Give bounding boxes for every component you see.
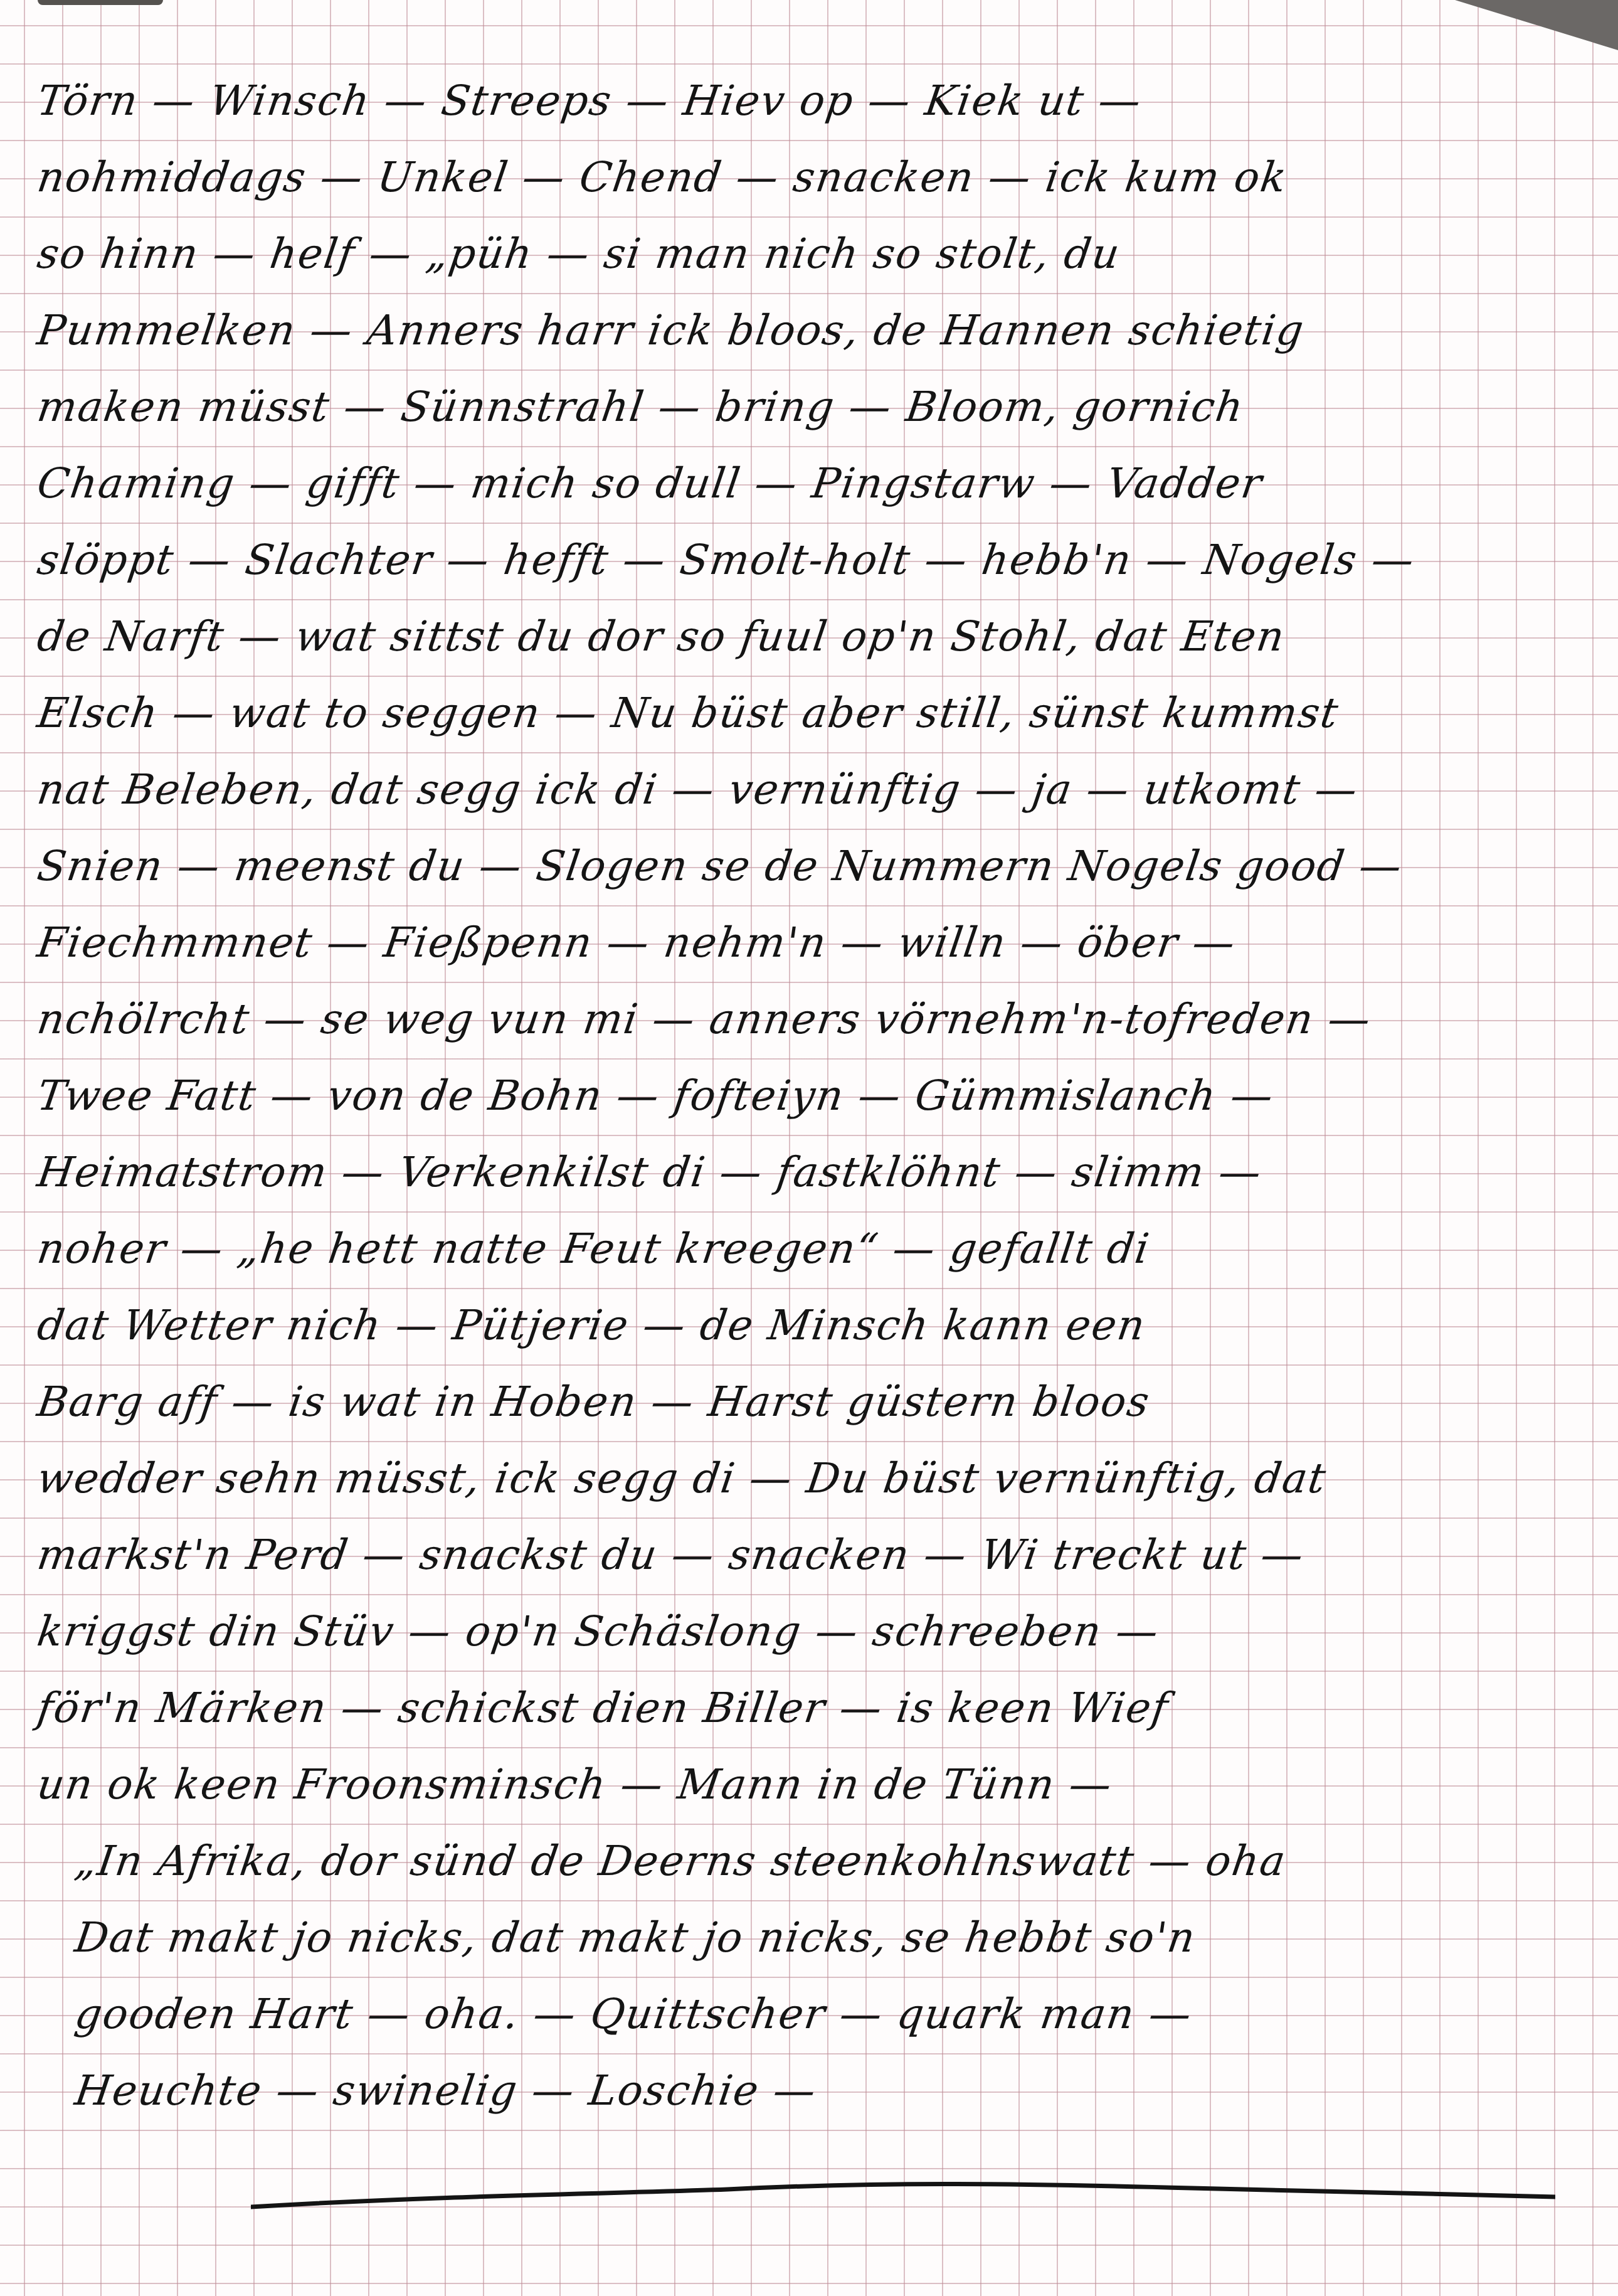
text-line: „In Afrika, dor sünd de Deerns steenkohl…	[32, 1823, 1585, 1900]
page-edge-shadow	[38, 0, 163, 5]
text-line: Twee Fatt — von de Bohn — fofteiyn — Güm…	[32, 1058, 1585, 1134]
torn-corner	[1455, 0, 1618, 50]
text-line: gooden Hart — oha. — Quittscher — quark …	[32, 1976, 1585, 2053]
text-line: Törn — Winsch — Streeps — Hiev op — Kiek…	[32, 63, 1585, 139]
text-line: so hinn — helf — „püh — si man nich so s…	[32, 216, 1585, 292]
text-line: maken müsst — Sünnstrahl — bring — Bloom…	[32, 369, 1585, 445]
text-line: nchölrcht — se weg vun mi — anners vörne…	[32, 981, 1585, 1058]
text-line: markst'n Perd — snackst du — snacken — W…	[32, 1517, 1585, 1593]
text-line: Dat makt jo nicks, dat makt jo nicks, se…	[32, 1900, 1585, 1976]
text-line: Heimatstrom — Verkenkilst di — fastklöhn…	[32, 1134, 1585, 1211]
text-line: nohmiddags — Unkel — Chend — snacken — i…	[32, 139, 1585, 216]
text-line: noher — „he hett natte Feut kreegen“ — g…	[32, 1211, 1585, 1287]
text-line: kriggst din Stüv — op'n Schäslong — schr…	[32, 1593, 1585, 1670]
text-line: slöppt — Slachter — hefft — Smolt-holt —…	[32, 522, 1585, 598]
text-line: för'n Märken — schickst dien Biller — is…	[32, 1670, 1585, 1746]
text-line: Elsch — wat to seggen — Nu büst aber sti…	[32, 675, 1585, 752]
text-line: wedder sehn müsst, ick segg di — Du büst…	[32, 1440, 1585, 1517]
text-line: dat Wetter nich — Pütjerie — de Minsch k…	[32, 1287, 1585, 1364]
text-line: Snien — meenst du — Slogen se de Nummern…	[32, 828, 1585, 905]
handwritten-text-block: Törn — Winsch — Streeps — Hiev op — Kiek…	[38, 63, 1580, 2129]
text-line: Heuchte — swinelig — Loschie —	[32, 2053, 1585, 2129]
text-line: un ok keen Froonsminsch — Mann in de Tün…	[32, 1746, 1585, 1823]
text-line: Fiechmmnet — Fießpenn — nehm'n — willn —…	[32, 905, 1585, 981]
text-line: de Narft — wat sittst du dor so fuul op'…	[32, 598, 1585, 675]
text-line: nat Beleben, dat segg ick di — vernünfti…	[32, 752, 1585, 828]
text-line: Barg aff — is wat in Hoben — Harst güste…	[32, 1364, 1585, 1440]
text-line: Chaming — gifft — mich so dull — Pingsta…	[32, 445, 1585, 522]
closing-rule	[251, 2177, 1555, 2214]
text-line: Pummelken — Anners harr ick bloos, de Ha…	[32, 292, 1585, 369]
